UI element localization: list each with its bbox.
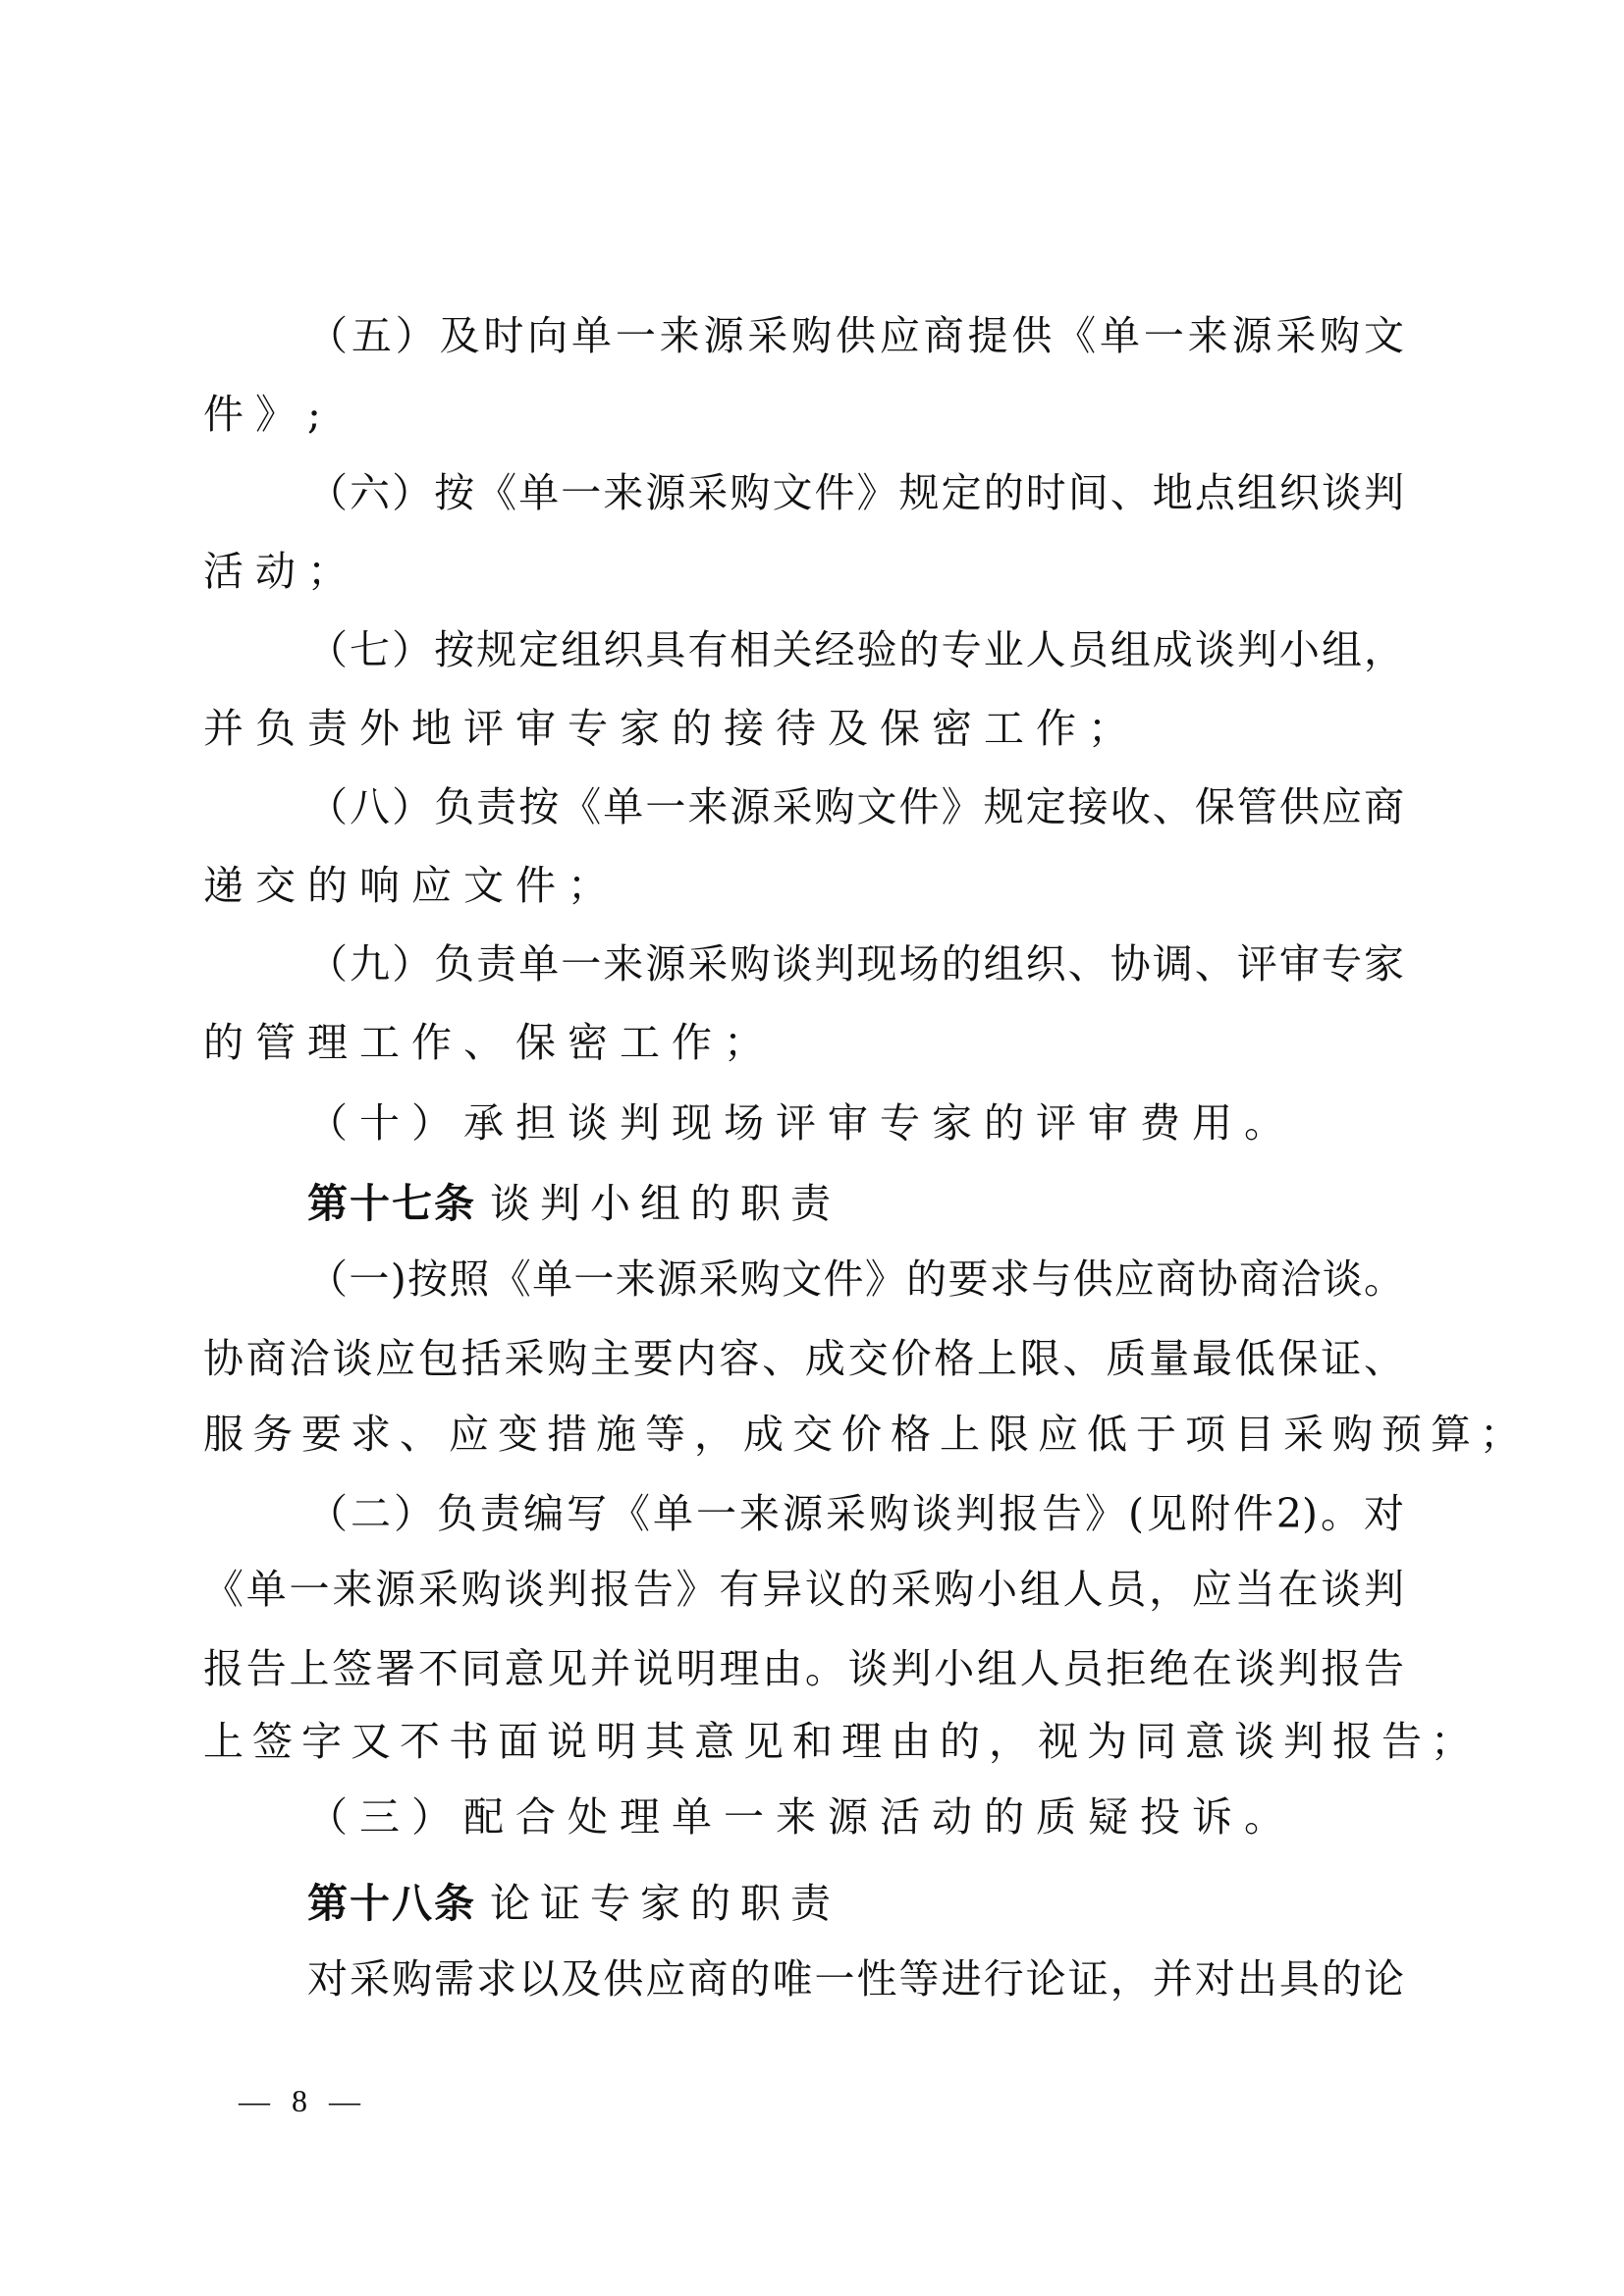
paragraph-item-8-line-1: （八）负责按《单一来源采购文件》规定接收、保管供应商	[307, 779, 1404, 834]
article-17-item-2-line-1: （二）负责编写《单一来源采购谈判报告》(见附件2)。对	[307, 1486, 1404, 1541]
article-17-item-2-line-3: 报告上签署不同意见并说明理由。谈判小组人员拒绝在谈判报告	[203, 1641, 1404, 1696]
page-number: — 8 —	[239, 2079, 360, 2122]
page-number-value: 8	[292, 2083, 307, 2118]
article-18-body-line-1: 对采购需求以及供应商的唯一性等进行论证，并对出具的论	[307, 1951, 1404, 2006]
article-17-title: 谈判小组的职责	[490, 1180, 840, 1227]
page-number-dash-right: —	[329, 2083, 360, 2118]
paragraph-item-7-line-2: 并负责外地评审专家的接待及保密工作；	[203, 701, 1404, 756]
paragraph-item-5-line-1: （五）及时向单一来源采购供应商提供《单一来源采购文	[307, 308, 1404, 363]
article-17-item-1-line-3: 服务要求、应变措施等，成交价格上限应低于项目采购预算；	[203, 1407, 1404, 1462]
paragraph-item-5-line-2: 件》;	[203, 387, 1404, 442]
paragraph-item-6-line-2: 活动；	[203, 544, 1404, 599]
article-17-item-1-line-1: （一)按照《单一来源采购文件》的要求与供应商协商洽谈。	[307, 1252, 1404, 1307]
article-18-title: 论证专家的职责	[490, 1880, 840, 1927]
article-17-item-2-line-4: 上签字又不书面说明其意见和理由的，视为同意谈判报告；	[203, 1714, 1404, 1769]
document-page: （五）及时向单一来源采购供应商提供《单一来源采购文 件》; （六）按《单一来源采…	[0, 0, 1624, 2296]
paragraph-item-9-line-2: 的管理工作、保密工作；	[203, 1015, 1404, 1070]
paragraph-item-7-line-1: （七）按规定组织具有相关经验的专业人员组成谈判小组，	[307, 622, 1404, 677]
page-number-dash-left: —	[239, 2083, 270, 2118]
article-18-label: 第十八条	[307, 1880, 476, 1927]
paragraph-item-9-line-1: （九）负责单一来源采购谈判现场的组织、协调、评审专家	[307, 936, 1404, 991]
article-17-heading: 第十七条谈判小组的职责	[307, 1176, 1404, 1231]
article-17-label: 第十七条	[307, 1180, 476, 1227]
paragraph-item-10: （十）承担谈判现场评审专家的评审费用。	[307, 1095, 1404, 1150]
article-17-item-3: （三）配合处理单一来源活动的质疑投诉。	[307, 1789, 1404, 1844]
article-17-item-2-line-2: 《单一来源采购谈判报告》有异议的采购小组人员，应当在谈判	[203, 1562, 1404, 1617]
article-17-item-1-line-2: 协商洽谈应包括采购主要内容、成交价格上限、质量最低保证、	[203, 1331, 1404, 1386]
paragraph-item-8-line-2: 递交的响应文件；	[203, 858, 1404, 913]
paragraph-item-6-line-1: （六）按《单一来源采购文件》规定的时间、地点组织谈判	[307, 465, 1404, 520]
article-18-heading: 第十八条论证专家的职责	[307, 1876, 1404, 1931]
